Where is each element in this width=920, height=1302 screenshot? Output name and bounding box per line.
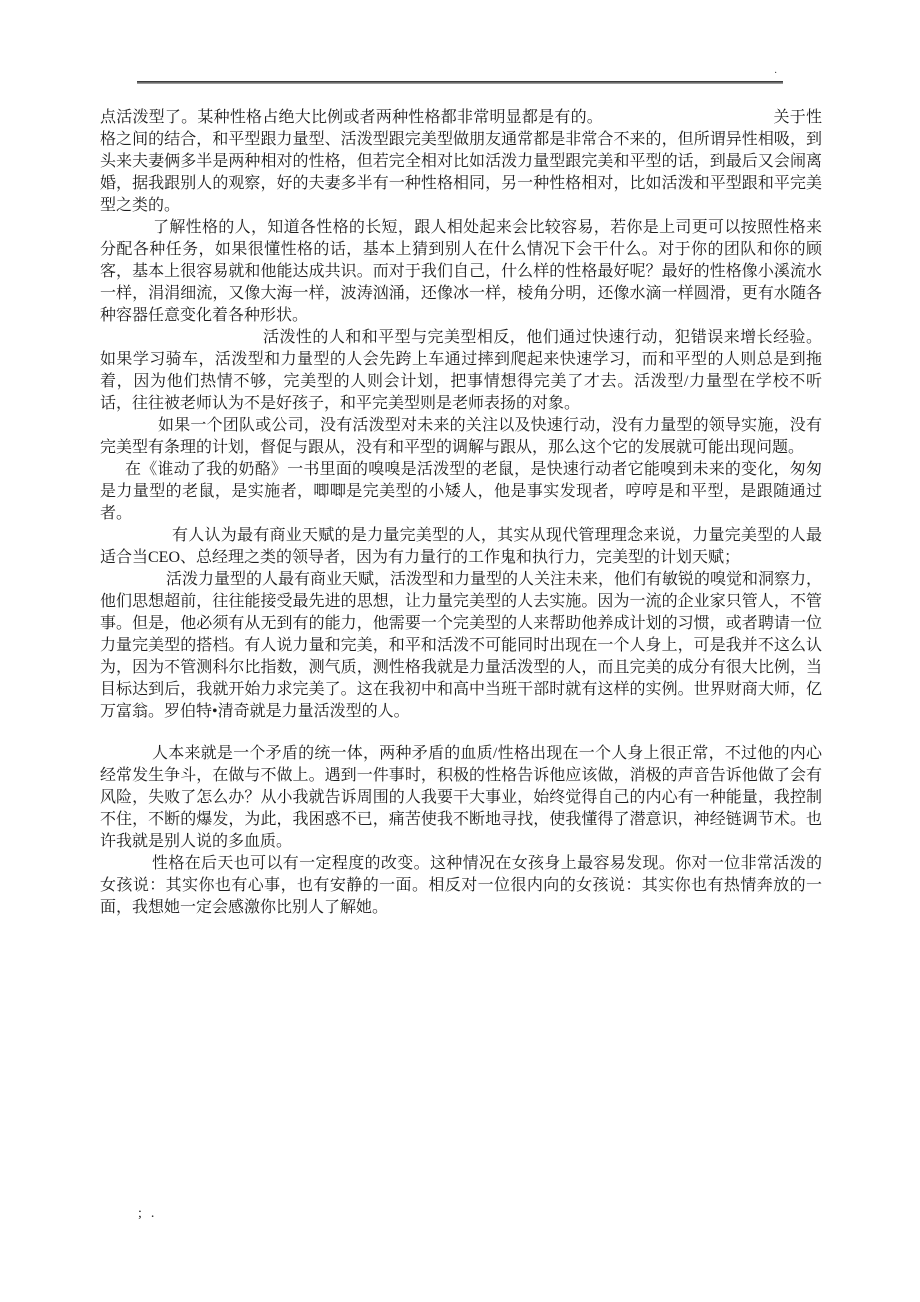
document-body-text: 点活泼型了。某种性格占绝大比例或者两种性格都非常明显都是有的。 关于性格之间的结… [100,107,822,919]
paragraph: 了解性格的人，知道各性格的长短，跟人相处起来会比较容易，若你是上司更可以按照性格… [100,217,822,327]
paragraph: 人本来就是一个矛盾的统一体，两种矛盾的血质/性格出现在一个人身上很正常，不过他的… [100,743,822,853]
header-stray-mark: · [774,69,777,79]
document-page: · 点活泼型了。某种性格占绝大比例或者两种性格都非常明显都是有的。 关于性格之间… [0,0,920,1302]
header-rule [137,81,783,84]
paragraph: 如果一个团队或公司，没有活泼型对未来的关注以及快速行动，没有力量型的领导实施，没… [100,415,822,459]
paragraph: 活泼性的人和和平型与完美型相反，他们通过快速行动，犯错误来增长经验。如果学习骑车… [100,327,822,415]
footer-stray-marks: ;. [138,1205,154,1223]
paragraph: 活泼力量型的人最有商业天赋，活泼型和力量型的人关注未来，他们有敏锐的嗅觉和洞察力… [100,569,822,723]
footer-period-mark: . [151,1206,155,1221]
footer-semicolon-mark: ; [138,1206,142,1221]
paragraph: 有人认为最有商业天赋的是力量完美型的人，其实从现代管理理念来说，力量完美型的人最… [100,525,822,569]
paragraph: 点活泼型了。某种性格占绝大比例或者两种性格都非常明显都是有的。 关于性格之间的结… [100,107,822,217]
paragraph: 在《谁动了我的奶酪》一书里面的嗅嗅是活泼型的老鼠，是快速行动者它能嗅到未来的变化… [100,459,822,525]
paragraph: 性格在后天也可以有一定程度的改变。这种情况在女孩身上最容易发现。你对一位非常活泼… [100,853,822,919]
